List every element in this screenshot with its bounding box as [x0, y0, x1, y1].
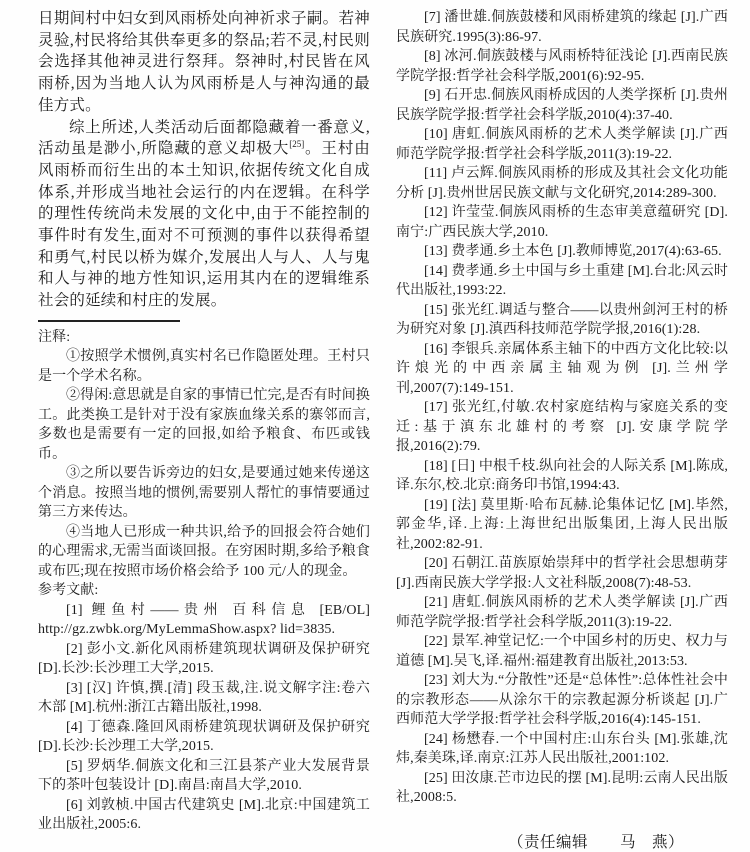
reference-item: [5] 罗炳华.侗族文化和三江县茶产业大发展背景下的茶叶包装设计 [D].南昌:… [38, 757, 370, 796]
reference-item: [22] 景军.神堂记忆:一个中国乡村的历史、权力与道德 [M].吴飞,译.福州… [396, 632, 728, 671]
reference-item: [4] 丁德森.隆回风雨桥建筑现状调研及保护研究 [D].长沙:长沙理工大学,2… [38, 718, 370, 757]
note-item: ③之所以要告诉旁边的妇女,是要通过她来传递这个消息。按照当地的惯例,需要别人帮忙… [38, 464, 370, 523]
reference-item: [9] 石开忠.侗族风雨桥成因的人类学探析 [J].贵州民族学院学报:哲学社会科… [396, 86, 728, 125]
reference-item: [8] 冰河.侗族鼓楼与风雨桥特征浅论 [J].西南民族学院学报:哲学社会科学版… [396, 47, 728, 86]
notes-header: 注释: [38, 328, 370, 348]
reference-item: [6] 刘敦桢.中国古代建筑史 [M].北京:中国建筑工业出版社,2005:6. [38, 796, 370, 835]
paper-page: 日期间村中妇女到风雨桥处向神祈求子嗣。若神灵验,村民将给其供奉更多的祭品;若不灵… [0, 0, 750, 852]
reference-item: [12] 许莹莹.侗族风雨桥的生态审美意蕴研究 [D].南宁:广西民族大学,20… [396, 203, 728, 242]
references-header: 参考文献: [38, 581, 370, 601]
note-item: ②得闲:意思就是自家的事情已忙完,是否有时间换工。此类换工是针对于没有家族血缘关… [38, 386, 370, 464]
reference-item: [11] 卢云辉.侗族风雨桥的形成及其社会文化功能分析 [J].贵州世居民族文献… [396, 164, 728, 203]
body-paragraph: 日期间村中妇女到风雨桥处向神祈求子嗣。若神灵验,村民将给其供奉更多的祭品;若不灵… [38, 8, 370, 117]
citation-superscript: [25] [289, 139, 304, 149]
reference-item: [18] [日] 中根千枝.纵向社会的人际关系 [M].陈成,译.东尔,校.北京… [396, 457, 728, 496]
reference-item: [1] 鲤鱼村——贵州 百科信息 [EB/OL] http://gz.zwbk.… [38, 601, 370, 640]
footnote-separator-rule [38, 320, 180, 322]
reference-item: [20] 石朝江.苗族原始崇拜中的哲学社会思想萌芽 [J].西南民族大学学报:人… [396, 554, 728, 593]
reference-item: [21] 唐虹.侗族风雨桥的艺术人类学解读 [J].广西师范学院学报:哲学社会科… [396, 593, 728, 632]
reference-item: [24] 杨懋春.一个中国村庄:山东台头 [M].张雄,沈炜,秦美珠,译.南京:… [396, 730, 728, 769]
note-item: ④当地人已形成一种共识,给予的回报会符合她们的心理需求,无需当面谈回报。在穷困时… [38, 523, 370, 582]
reference-item: [3] [汉] 许慎,撰.[清] 段玉裁,注.说文解字注:卷六木部 [M].杭州… [38, 679, 370, 718]
paragraph-text: 。王村由风雨桥而衍生出的本土知识,依据传统文化自成体系,并形成当地社会运行的内在… [38, 140, 370, 309]
note-item: ①按照学术惯例,真实村名已作隐匿处理。王村只是一个学术名称。 [38, 347, 370, 386]
references-section-left: 参考文献: [1] 鲤鱼村——贵州 百科信息 [EB/OL] http://gz… [38, 581, 370, 835]
reference-item: [19] [法] 莫里斯·哈布瓦赫.论集体记忆 [M].毕然,郭金华,译.上海:… [396, 496, 728, 555]
reference-item: [17] 张光红,付敏.农村家庭结构与家庭关系的变迁:基于滇东北雄村的考察 [J… [396, 398, 728, 457]
editor-credit: （责任编辑 马 燕） [396, 830, 728, 852]
reference-item: [16] 李银兵.亲属体系主轴下的中西方文化比较:以许烺光的中西亲属主轴观为例 … [396, 340, 728, 399]
reference-item: [23] 刘大为.“分散性”还是“总体性”:总体性社会中的宗教形态——从涂尔干的… [396, 671, 728, 730]
reference-item: [25] 田汝康.芒市边民的摆 [M].昆明:云南人民出版社,2008:5. [396, 769, 728, 808]
reference-item: [15] 张光红.调适与整合——以贵州剑河王村的桥为研究对象 [J].滇西科技师… [396, 301, 728, 340]
left-column: 日期间村中妇女到风雨桥处向神祈求子嗣。若神灵验,村民将给其供奉更多的祭品;若不灵… [38, 8, 370, 835]
notes-section: 注释: ①按照学术惯例,真实村名已作隐匿处理。王村只是一个学术名称。 ②得闲:意… [38, 328, 370, 582]
body-text-block: 日期间村中妇女到风雨桥处向神祈求子嗣。若神灵验,村民将给其供奉更多的祭品;若不灵… [38, 8, 370, 312]
reference-item: [13] 费孝通.乡土本色 [J].教师博览,2017(4):63-65. [396, 242, 728, 262]
body-paragraph: 综上所述,人类活动后面都隐藏着一番意义,活动虽是渺小,所隐藏的意义却极大[25]… [38, 117, 370, 312]
right-column: [7] 潘世雄.侗族鼓楼和风雨桥建筑的缘起 [J].广西民族研究.1995(3)… [396, 8, 728, 852]
reference-item: [7] 潘世雄.侗族鼓楼和风雨桥建筑的缘起 [J].广西民族研究.1995(3)… [396, 8, 728, 47]
reference-item: [10] 唐虹.侗族风雨桥的艺术人类学解读 [J].广西师范学院学报:哲学社会科… [396, 125, 728, 164]
reference-item: [14] 费孝通.乡土中国与乡土重建 [M].台北:风云时代出版社,1993:2… [396, 262, 728, 301]
reference-item: [2] 彭小文.新化风雨桥建筑现状调研及保护研究 [D].长沙:长沙理工大学,2… [38, 640, 370, 679]
references-section-right: [7] 潘世雄.侗族鼓楼和风雨桥建筑的缘起 [J].广西民族研究.1995(3)… [396, 8, 728, 808]
